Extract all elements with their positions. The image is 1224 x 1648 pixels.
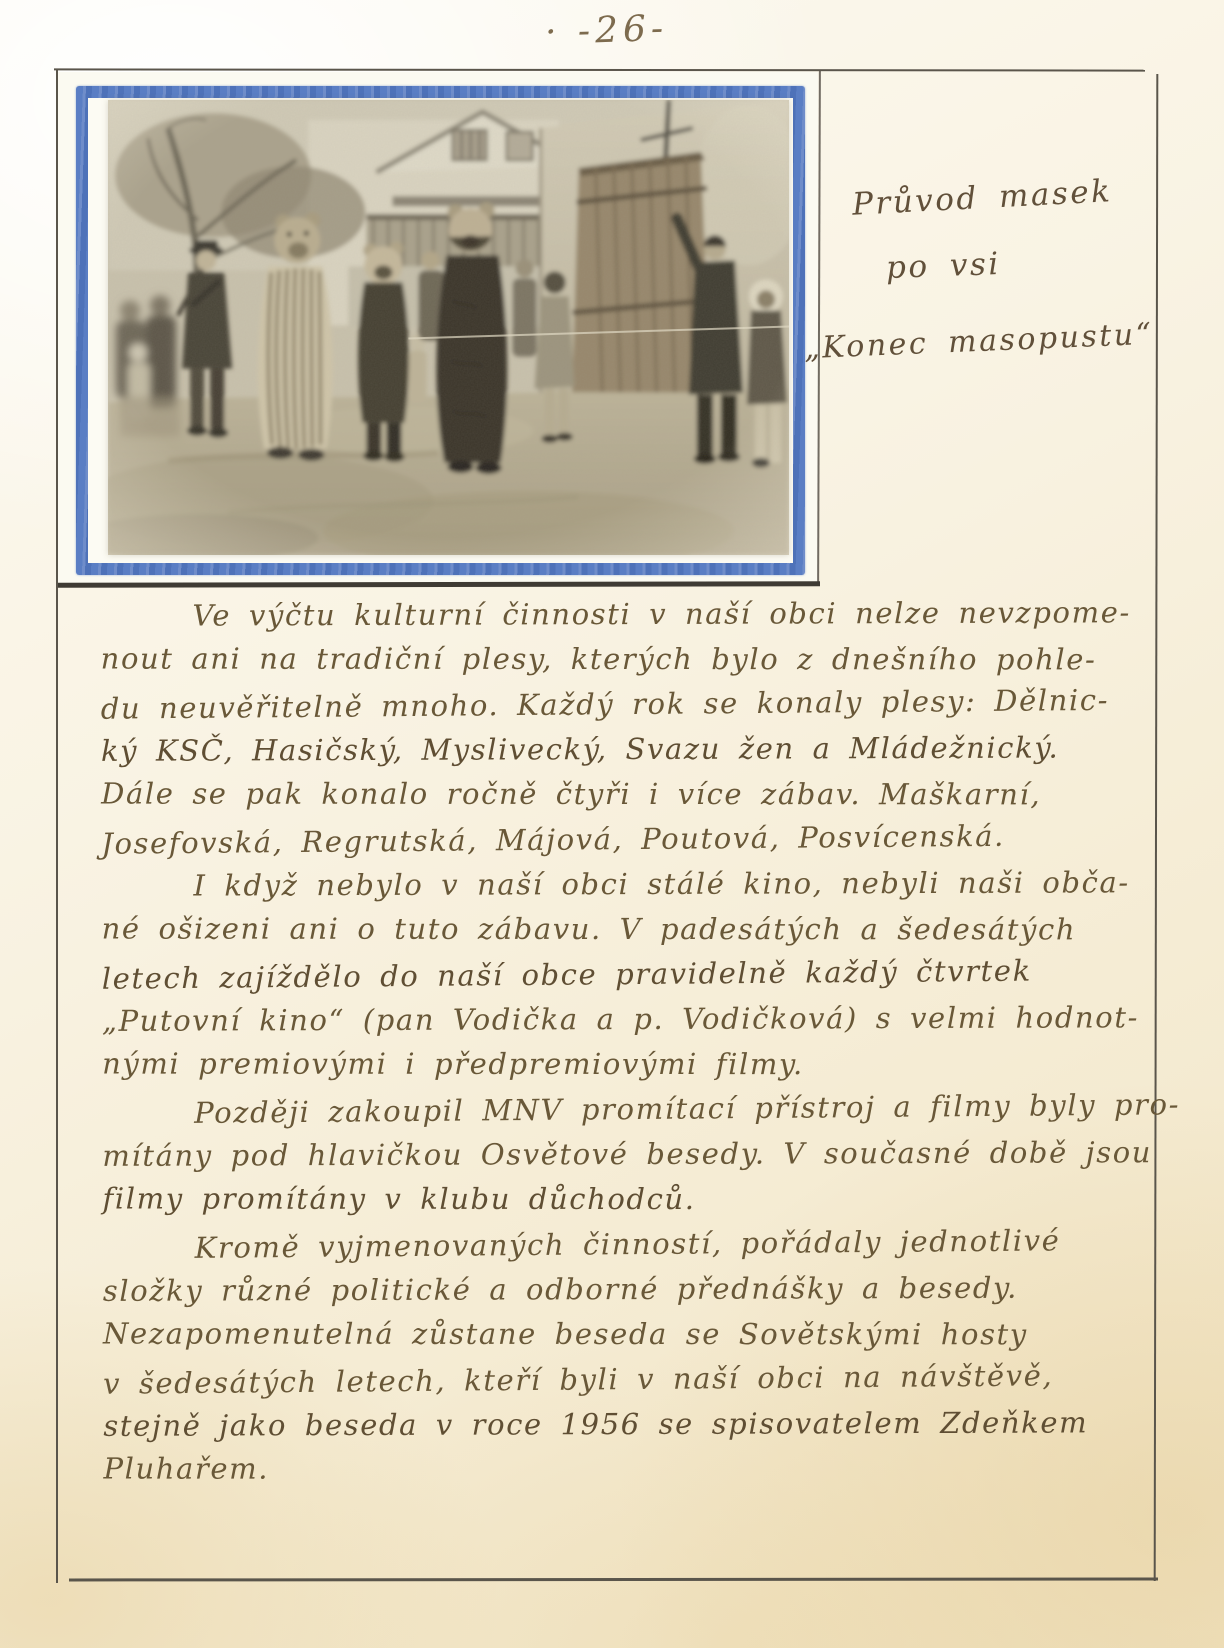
photo-caption-line-3: „Konec masopustu“ [803,317,1154,367]
handwritten-text-line: složky různé politické a odborné přednáš… [103,1270,1178,1319]
handwritten-text-line: né ošizeni ani o tuto zábavu. V padesátý… [102,912,1177,958]
handwritten-text-line: v šedesátých letech, kteří byli v naší o… [103,1357,1178,1411]
handwritten-text-line: I když nebylo v naší obci stálé kino, ne… [101,865,1176,914]
handwritten-text-line: stejně jako beseda v roce 1956 se spisov… [103,1405,1178,1454]
handwritten-text-line: mítány pod hlavičkou Osvětové besedy. V … [102,1135,1177,1184]
photo-cell-divider [817,71,821,585]
photo-grain-overlay [108,100,789,555]
handwritten-text-line: nout ani na tradiční plesy, kterých bylo… [101,642,1176,688]
handwritten-text-line: nými premiovými i předpremiovými filmy. [102,1047,1177,1093]
handwritten-text-line: Nezapomenutelná zůstane beseda se Sověts… [103,1317,1178,1363]
handwritten-text-line: Kromě vyjmenovaných činností, pořádaly j… [103,1222,1178,1276]
handwritten-text-line: ký KSČ, Hasičský, Myslivecký, Svazu žen … [101,730,1176,779]
photo-masopust-procession [108,100,789,555]
handwritten-text-line: Dále se pak konalo ročně čtyři i více zá… [101,777,1176,823]
handwritten-text-line: Později zakoupil MNV promítací přístroj … [102,1087,1177,1141]
page-number: · -26- [544,8,668,53]
photo-caption-line-2: po vsi [885,246,1001,286]
handwritten-text-line: „Putovní kino“ (pan Vodička a p. Vodičko… [102,1000,1177,1049]
photo-underline-rule [58,581,820,588]
handwritten-text-line: Josefovská, Regrutská, Májová, Poutová, … [101,817,1176,871]
chronicle-text-block: Ve výčtu kulturní činnosti v naší obci n… [100,595,1178,1499]
chronicle-page: · -26- [0,0,1224,1648]
photo-illustration [108,100,789,555]
handwritten-text-line: Ve výčtu kulturní činnosti v naší obci n… [100,595,1175,644]
photo-caption-line-1: Průvod masek [851,173,1113,223]
page-frame-bottom [69,1578,1158,1582]
handwritten-text-line: filmy promítány v klubu důchodců. [103,1182,1178,1228]
handwritten-text-line: letech zajíždělo do naší obce pravidelně… [102,952,1177,1006]
handwritten-text-line: du neuvěřitelně mnoho. Každý rok se kona… [101,682,1176,736]
handwritten-text-line: Pluhařem. [103,1452,1178,1498]
